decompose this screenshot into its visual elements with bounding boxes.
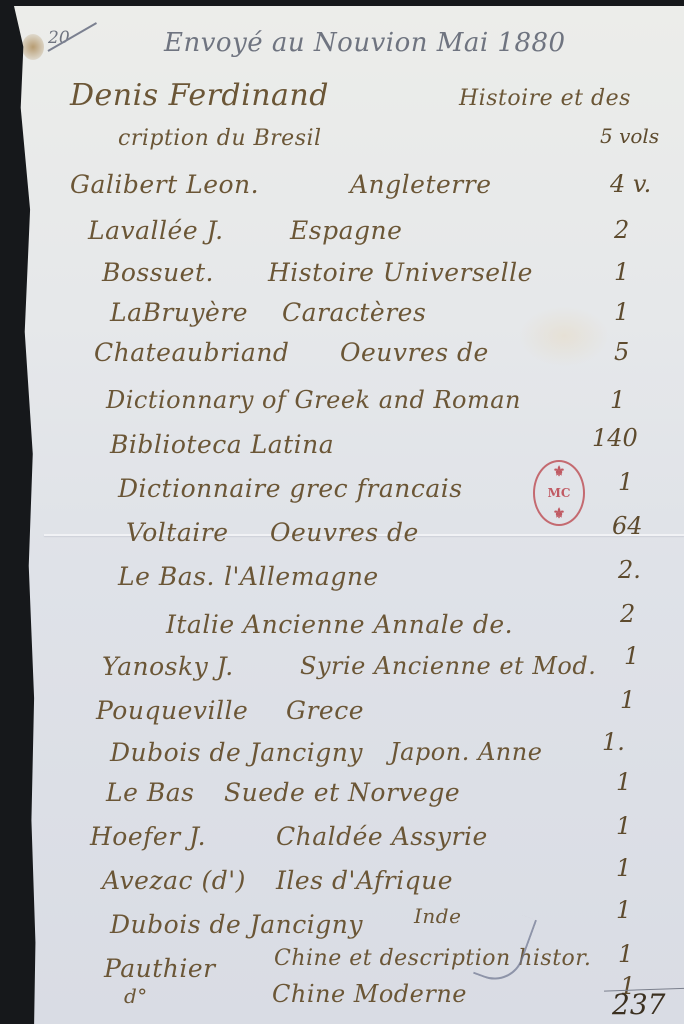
entry-quantity: 2 — [620, 600, 635, 628]
entry-quantity: 1 — [614, 298, 629, 326]
entry-title: l'Allemagne — [224, 562, 379, 591]
entry-author: Galibert Leon. — [70, 170, 259, 199]
entry-title: Oeuvres de — [340, 338, 489, 367]
entry-quantity: 1 — [614, 258, 629, 286]
stamp-text: MC — [548, 486, 571, 500]
entry-title: Inde — [414, 904, 461, 928]
paper-stain — [22, 34, 44, 60]
entry-author: LaBruyère — [110, 298, 248, 327]
entry-author: Dubois de Jancigny — [110, 910, 363, 939]
total-count: 237 — [612, 988, 665, 1021]
entry-title: Biblioteca Latina — [110, 430, 334, 459]
entry-title: Japon. Anne — [390, 738, 542, 766]
entry-author: Dubois de Jancigny — [110, 738, 363, 767]
entry-quantity: 64 — [612, 512, 643, 540]
entry-author: Chateaubriand — [94, 338, 289, 367]
entry-author: Pauthier — [104, 954, 216, 983]
entry-quantity: 1 — [624, 642, 639, 670]
entry-quantity: 1. — [602, 728, 625, 756]
entry-author: Voltaire — [126, 518, 229, 547]
entry-quantity: 1 — [618, 940, 633, 968]
entry-title: Espagne — [290, 216, 402, 245]
entry-title: Histoire Universelle — [268, 258, 533, 287]
entry-author: Avezac (d') — [102, 866, 246, 895]
fleur-de-lis-icon: ⚜ — [535, 506, 583, 522]
entry-title: Dictionnary of Greek and Roman — [106, 386, 521, 414]
entry-title: Chaldée Assyrie — [276, 822, 488, 851]
entry-title: Caractères — [282, 298, 426, 327]
entry-author: Hoefer J. — [90, 822, 206, 851]
entry-title: cription du Bresil — [118, 126, 322, 151]
entry-quantity: 2 — [614, 216, 629, 244]
entry-author: Bossuet. — [102, 258, 214, 287]
entry-author: Le Bas. — [118, 562, 215, 591]
entry-title: Iles d'Afrique — [276, 866, 453, 895]
entry-title: Syrie Ancienne et Mod. — [300, 652, 596, 680]
entry-title: Grece — [286, 696, 364, 725]
fleur-de-lis-icon: ⚜ — [535, 464, 583, 480]
entry-quantity: 1 — [620, 686, 635, 714]
paper-stain — [519, 306, 609, 366]
entry-title: Suede et Norvege — [224, 778, 460, 807]
entry-title: Oeuvres de — [270, 518, 419, 547]
entry-author: Le Bas — [106, 778, 194, 807]
entry-title: Histoire et des — [459, 86, 631, 111]
manuscript-page: 20 Envoyé au Nouvion Mai 1880 Denis Ferd… — [14, 6, 684, 1024]
entry-quantity: 1 — [616, 768, 631, 796]
entry-quantity: 2. — [618, 556, 641, 584]
entry-author: Denis Ferdinand — [70, 78, 329, 113]
entry-quantity: 1 — [616, 896, 631, 924]
entry-quantity: 1 — [616, 812, 631, 840]
header-note: Envoyé au Nouvion Mai 1880 — [164, 28, 566, 58]
entry-quantity: 5 — [614, 338, 629, 366]
entry-author: Lavallée J. — [88, 216, 224, 245]
entry-title: Italie Ancienne Annale de. — [166, 610, 513, 639]
entry-quantity: 140 — [592, 424, 638, 452]
entry-author: d° — [124, 984, 148, 1008]
entry-author: Pouqueville — [96, 696, 248, 725]
library-stamp: ⚜ MC ⚜ — [533, 460, 585, 526]
entry-quantity: 1 — [618, 468, 633, 496]
entry-title: Angleterre — [350, 170, 492, 199]
entry-quantity: 1 — [610, 386, 625, 414]
entry-quantity: 5 vols — [600, 124, 659, 148]
entry-title: Dictionnaire grec francais — [118, 474, 463, 503]
entry-author: Yanosky J. — [102, 652, 234, 681]
entry-title: Chine et description histor. — [274, 946, 591, 971]
entry-quantity: 1 — [616, 854, 631, 882]
entry-title: Chine Moderne — [272, 980, 467, 1008]
entry-quantity: 4 v. — [610, 170, 651, 198]
